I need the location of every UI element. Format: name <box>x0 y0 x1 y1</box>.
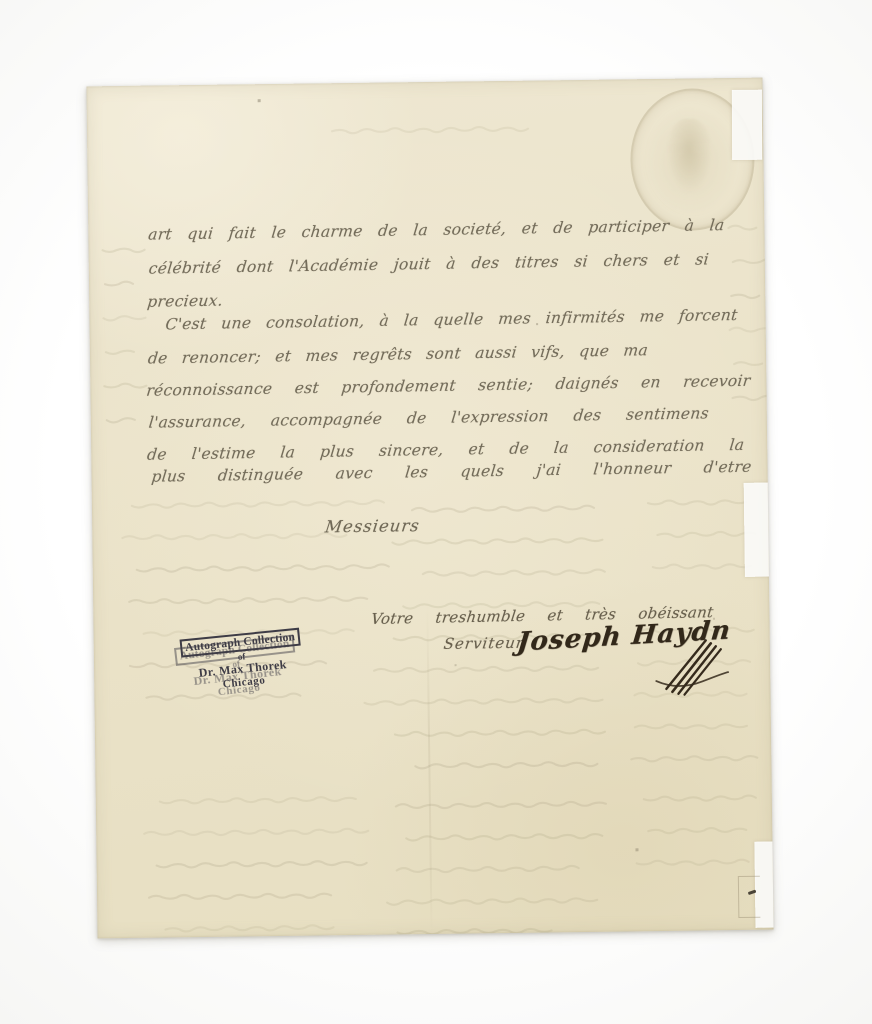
paper-specks <box>86 86 87 87</box>
manuscript-line-3: precieux. <box>146 291 224 313</box>
tape-strip-middle-right <box>744 483 771 577</box>
letter-page: art qui fait le charme de la societé, et… <box>86 78 773 939</box>
manuscript-line-1: art qui fait le charme de la societé, et… <box>147 215 725 246</box>
pencil-outline-mark <box>738 876 761 918</box>
manuscript-line-7: l'assurance, accompagnée de l'expression… <box>148 403 710 433</box>
manuscript-line-5: de renoncer; et mes regrêts sont aussi v… <box>147 340 649 369</box>
photograph-background: art qui fait le charme de la societé, et… <box>0 0 872 1024</box>
salutation: Messieurs <box>324 516 421 536</box>
collector-stamp: Autograph Collection of Dr. Max Thorek C… <box>165 625 322 720</box>
signature-flourish <box>650 634 735 699</box>
serviteur-line: Serviteur <box>443 634 526 653</box>
manuscript-line-4: C'est une consolation, à la quelle mes i… <box>164 305 738 335</box>
manuscript-line-6: réconnoissance est profondement sentie; … <box>145 371 751 402</box>
tape-strip-top-right <box>732 90 762 160</box>
paper-crease <box>426 602 432 934</box>
manuscript-line-2: célébrité dont l'Académie jouit à des ti… <box>148 249 710 279</box>
